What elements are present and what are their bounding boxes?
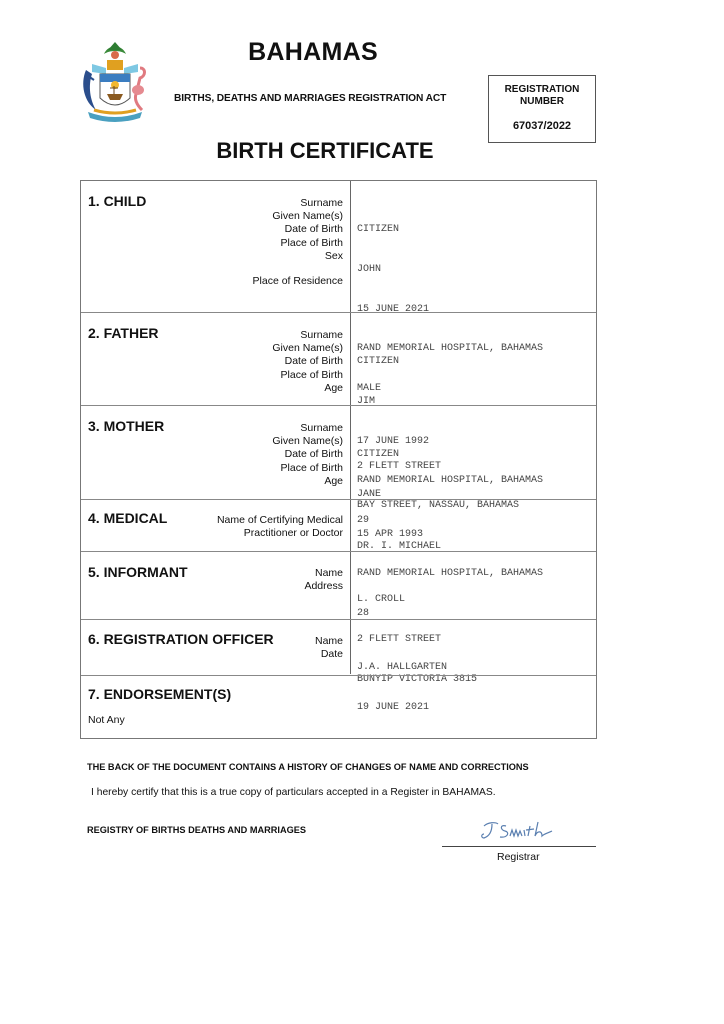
certificate-table: 1. CHILD Surname Given Name(s) Date of B… [80,180,597,739]
section-registration-officer: 6. REGISTRATION OFFICER Name Date J.A. H… [81,620,596,676]
label-given-names: Given Name(s) [272,342,343,355]
certification-statement: I hereby certify that this is a true cop… [91,787,496,798]
section-father: 2. FATHER Surname Given Name(s) Date of … [81,313,596,406]
signature-line [442,846,596,847]
section-medical: 4. MEDICAL Name of Certifying Medical Pr… [81,500,596,552]
label-place-of-residence: Place of Residence [253,275,343,288]
label-date-of-birth: Date of Birth [253,223,343,236]
section-title: 1. CHILD [88,193,146,209]
section-title: 4. MEDICAL [88,510,167,526]
field-labels: Name of Certifying Medical Practitioner … [217,514,343,540]
label-sex: Sex [253,250,343,263]
section-child: 1. CHILD Surname Given Name(s) Date of B… [81,181,596,313]
label-surname: Surname [253,197,343,210]
coat-of-arms-icon [74,40,156,124]
field-labels: Surname Given Name(s) Date of Birth Plac… [272,329,343,395]
section-title: 6. REGISTRATION OFFICER [88,631,274,647]
label-age: Age [272,382,343,395]
registration-act: BIRTHS, DEATHS AND MARRIAGES REGISTRATIO… [174,93,446,104]
registrar-label: Registrar [497,851,540,863]
label-address: Address [304,580,343,593]
section-endorsements: 7. ENDORSEMENT(S) Not Any [81,676,596,739]
registration-number-label: REGISTRATION NUMBER [489,84,595,108]
label-place-of-birth: Place of Birth [272,462,343,475]
registrar-signature [478,816,558,844]
section-title: 2. FATHER [88,325,159,341]
history-note: THE BACK OF THE DOCUMENT CONTAINS A HIST… [87,762,529,772]
value-officer-name: J.A. HALLGARTEN [357,661,447,674]
field-labels: Name Date [315,635,343,661]
value-surname: CITIZEN [357,448,543,461]
section-title: 5. INFORMANT [88,564,188,580]
section-mother: 3. MOTHER Surname Given Name(s) Date of … [81,406,596,500]
label-age: Age [272,475,343,488]
label-date-of-birth: Date of Birth [272,355,343,368]
label-certifying-practitioner-cont: Practitioner or Doctor [217,527,343,540]
label-given-names: Given Name(s) [253,210,343,223]
registration-number-box: REGISTRATION NUMBER 67037/2022 [488,75,596,143]
field-labels: Surname Given Name(s) Date of Birth Plac… [272,422,343,488]
registration-number: 67037/2022 [489,120,595,132]
field-labels: Name Address [304,567,343,593]
label-surname: Surname [272,329,343,342]
label-name: Name [315,635,343,648]
section-title: 7. ENDORSEMENT(S) [88,686,231,702]
value-given-names: JOHN [357,263,543,276]
label-place-of-birth: Place of Birth [253,237,343,250]
label-certifying-practitioner: Name of Certifying Medical [217,514,343,527]
field-labels: Surname Given Name(s) Date of Birth Plac… [253,197,343,288]
label-name: Name [304,567,343,580]
label-date-of-birth: Date of Birth [272,448,343,461]
value-name: L. CROLL [357,593,477,606]
endorsements-value: Not Any [88,714,125,726]
label-date: Date [315,648,343,661]
label-given-names: Given Name(s) [272,435,343,448]
section-informant: 5. INFORMANT Name Address L. CROLL 2 FLE… [81,552,596,620]
value-surname: CITIZEN [357,355,543,368]
country-name: BAHAMAS [238,38,388,67]
registry-name: REGISTRY OF BIRTHS DEATHS AND MARRIAGES [87,825,306,835]
label-place-of-birth: Place of Birth [272,369,343,382]
document-title: BIRTH CERTIFICATE [180,138,470,164]
section-title: 3. MOTHER [88,418,164,434]
label-surname: Surname [272,422,343,435]
value-surname: CITIZEN [357,223,543,236]
